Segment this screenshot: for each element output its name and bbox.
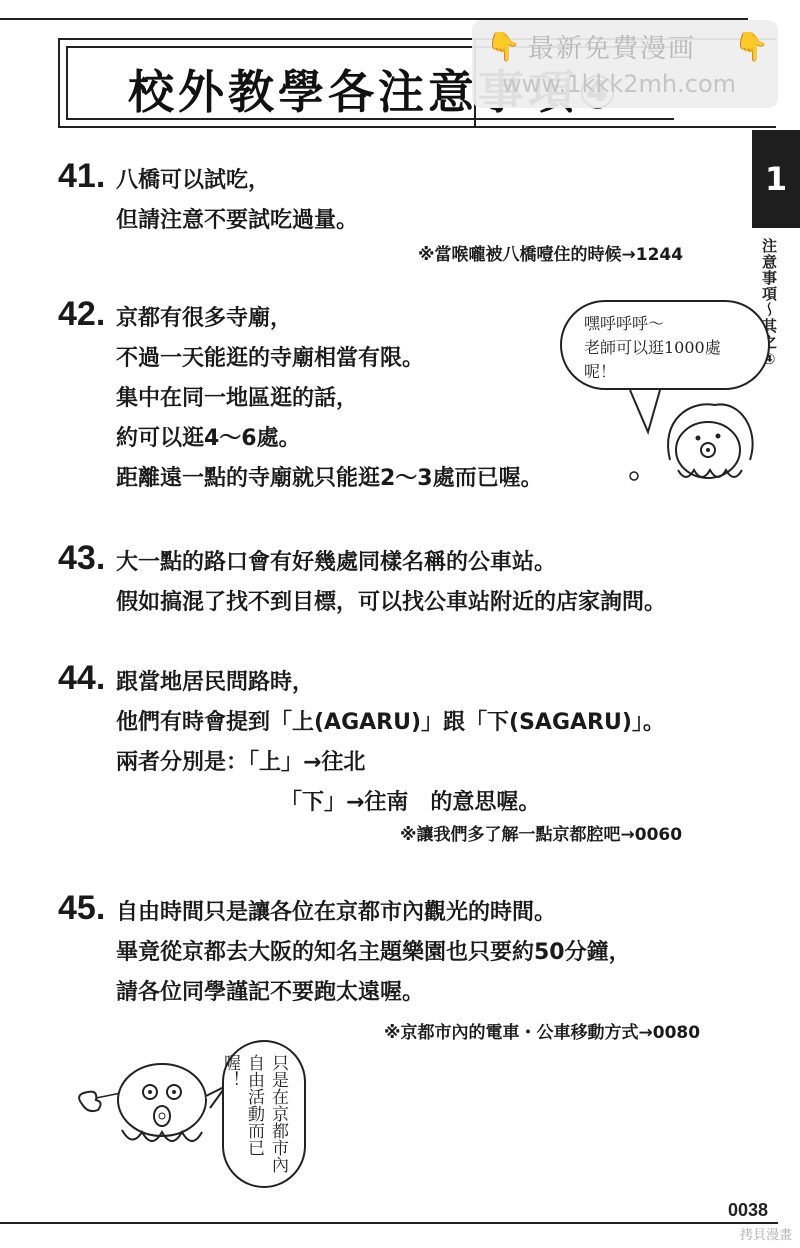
item-line: 自由時間只是讓各位在京都市內觀光的時間。 — [116, 900, 556, 925]
bubble-line: 老師可以逛1000處 — [584, 336, 768, 360]
item-line: 他們有時會提到「上(AGARU)」跟「下(SAGARU)」。 — [58, 703, 665, 743]
pointing-hand-icon: 👇 — [486, 30, 521, 63]
watermark-line1: 最新免費漫画 — [528, 28, 696, 65]
item-line: 兩者分別是：「上」→往北 — [58, 743, 665, 783]
speech-bubble-octopus-2: 只是在京都市內自由活動而已喔！ — [222, 1040, 306, 1188]
item-41: 41.八橋可以試吃， 但請注意不要試吃過量。 — [58, 156, 358, 241]
item-line: 但請注意不要試吃過量。 — [58, 201, 358, 241]
item-number: 43. — [58, 538, 116, 578]
item-line: 「下」→往南 的意思喔。 — [58, 783, 665, 823]
item-number: 44. — [58, 658, 116, 698]
bottom-watermark: 拷貝漫畫 — [740, 1224, 792, 1243]
item-number: 41. — [58, 156, 116, 196]
watermark-banner[interactable]: 👇 最新免費漫画 www.1kkk2mh.com 👇 — [472, 20, 778, 108]
item-number: 45. — [58, 888, 116, 928]
cross-reference: ※京都市內的電車・公車移動方式→0080 — [384, 1018, 700, 1043]
item-42: 42.京都有很多寺廟， 不過一天能逛的寺廟相當有限。 集中在同一地區逛的話， 約… — [58, 294, 543, 499]
item-43: 43.大一點的路口會有好幾處同樣名稱的公車站。 假如搞混了找不到目標，可以找公車… — [58, 538, 666, 623]
item-line: 不過一天能逛的寺廟相當有限。 — [58, 339, 543, 379]
speech-bubble-octopus-1: 嘿呼呼呼～ 老師可以逛1000處 呢！ — [560, 300, 770, 390]
item-number: 42. — [58, 294, 116, 334]
octopus-illustration-icon — [70, 1060, 230, 1170]
item-line: 跟當地居民問路時， — [116, 670, 314, 695]
bottom-rule — [0, 1222, 778, 1224]
item-45: 45.自由時間只是讓各位在京都市內觀光的時間。 畢竟從京都去大阪的知名主題樂園也… — [58, 888, 631, 1013]
octopus-illustration-icon — [620, 380, 760, 500]
watermark-url: www.1kkk2mh.com — [502, 70, 736, 98]
item-line: 大一點的路口會有好幾處同樣名稱的公車站。 — [116, 550, 556, 575]
cross-reference: ※當喉嚨被八橋噎住的時候→1244 — [418, 240, 683, 265]
item-line: 約可以逛4～6處。 — [58, 419, 543, 459]
item-44: 44.跟當地居民問路時， 他們有時會提到「上(AGARU)」跟「下(SAGARU… — [58, 658, 665, 823]
item-line: 距離遠一點的寺廟就只能逛2～3處而已喔。 — [58, 459, 543, 499]
chapter-tab: 1 — [752, 130, 800, 228]
item-line: 假如搞混了找不到目標，可以找公車站附近的店家詢問。 — [58, 583, 666, 623]
pointing-hand-icon: 👇 — [734, 30, 769, 63]
bubble-line: 嘿呼呼呼～ — [584, 312, 768, 336]
item-line: 集中在同一地區逛的話， — [58, 379, 543, 419]
item-line: 京都有很多寺廟， — [116, 306, 292, 331]
item-line: 請各位同學謹記不要跑太遠喔。 — [58, 973, 631, 1013]
page-number: 0038 — [728, 1200, 768, 1221]
item-line: 八橋可以試吃， — [116, 168, 270, 193]
cross-reference: ※讓我們多了解一點京都腔吧→0060 — [400, 820, 682, 845]
item-line: 畢竟從京都去大阪的知名主題樂園也只要約50分鐘， — [58, 933, 631, 973]
